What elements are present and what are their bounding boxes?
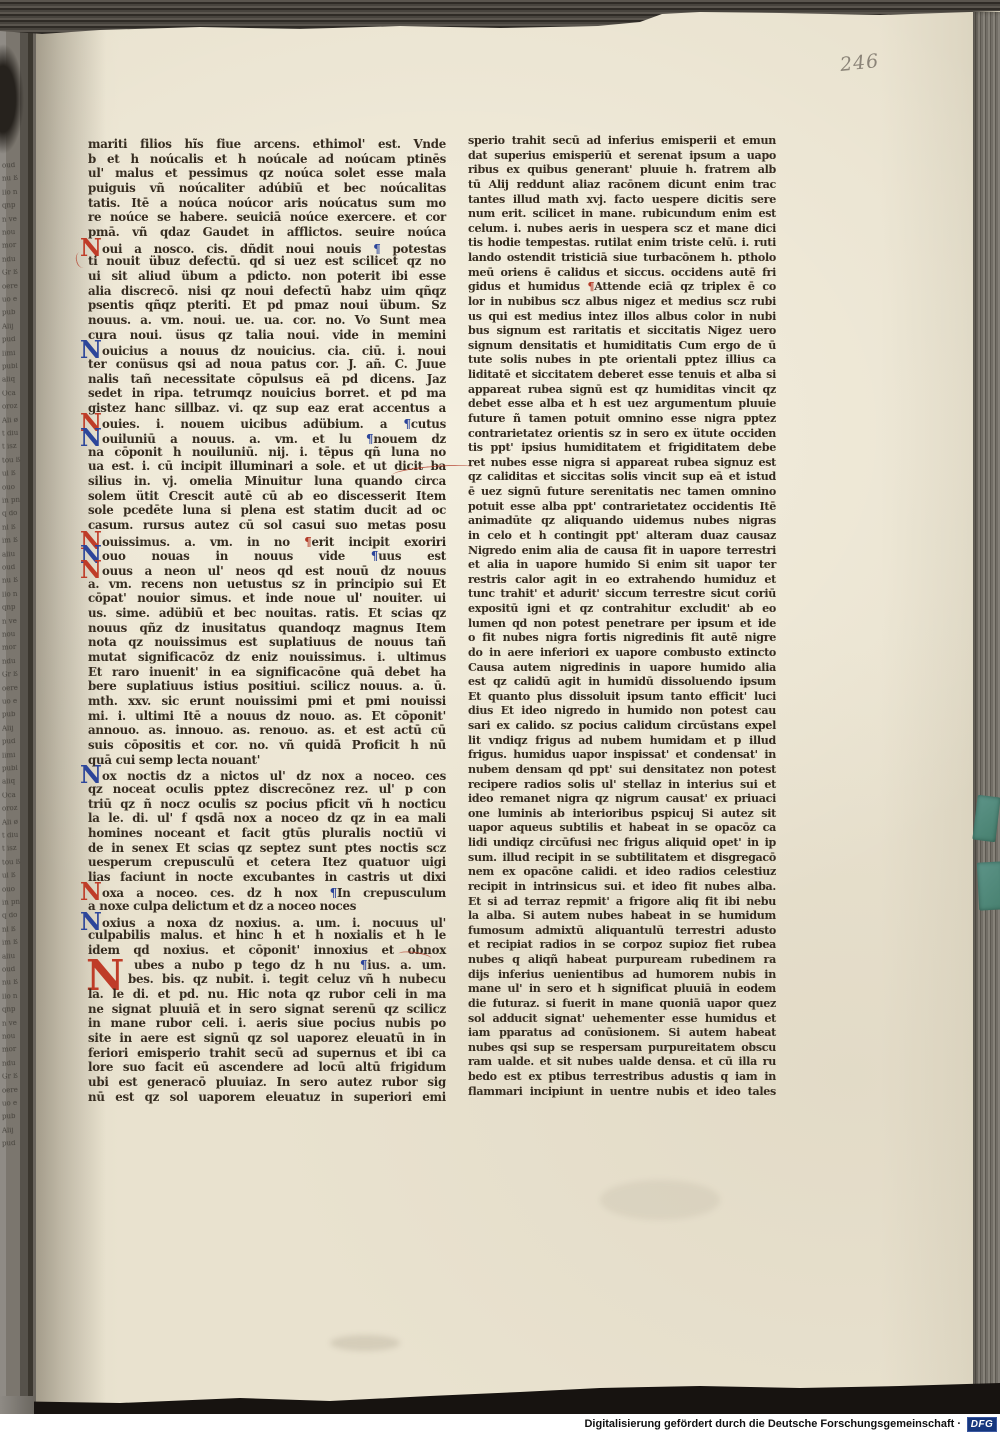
text-line: qz caliditas et siccitas solis vincit su… [468,470,776,485]
text-segment: site in aere est signū qz sol uaporez el… [88,1031,446,1045]
text-line: tunc trahit' et adurit' siccum terrestre… [468,587,776,602]
gutter-text-fragment: nl ß [2,925,28,933]
text-line: pmā. vñ qdaz Gaudet in afflictos. seuire… [88,225,446,240]
text-line: cōpat' nouior simus. et inde noue ul' no… [88,591,446,606]
text-segment: ē uez signū future serenitatis nec tamen… [468,485,776,498]
text-line: la le. di. ul' f qsdā nox a noceo dz qz … [88,811,446,826]
text-line: mane ul' in sero et h significat pluuiā … [468,982,776,997]
text-line: dijs inferius uenientibus ad humorem nub… [468,968,776,983]
red-lombardic-initial: N [80,243,100,253]
text-line: sole pcedēte luna si plena est statim du… [88,503,446,518]
text-segment: re noúce se habere. seuiciā noúce exerce… [88,210,446,224]
gutter-text-fragment: Alij [2,322,28,330]
text-segment: ter conüsus qsi ad noua patus cor. J. añ… [88,357,446,371]
text-segment: lidi undiqz circūfusi nec frigus aliquid… [468,836,776,849]
text-line: Et raro inuenit' in ea significacōne quā… [88,665,446,680]
text-line: Nouicius a nouus dz nouicius. cia. ciū. … [88,342,446,357]
text-segment: debet esse alba et h est uez argumentum … [468,397,776,410]
text-line: ret nubes esse nigra si appareat rubea s… [468,456,776,471]
text-line: lit vndiqz frigus ad nubem humidam et p … [468,734,776,749]
text-segment: ua est. i. cū incipit illuminari a sole.… [88,459,446,473]
gutter-text-fragment: n ve [2,215,28,223]
text-line: iam pparatus ad conūsionem. Si autem hab… [468,1026,776,1041]
text-line: bus signum est raritatis et siccitatis N… [468,324,776,339]
text-segment: gistez hanc sillbaz. vi. qz sup eaz erat… [88,401,446,415]
text-segment: sedet in ripa. tetrumqz nouicius borret.… [88,386,446,400]
text-segment: ne signat pluuiā et in sero signat seren… [88,1002,446,1016]
text-line: flammari incipiunt in uentre nubis et id… [468,1085,776,1100]
text-line: ul' malus et pessimus qz noúca solet ess… [88,166,446,181]
text-line: lando ostendit tristiciā siue turbacōnem… [468,251,776,266]
text-line: triū qz ñ nocz oculis sz pocius pficit v… [88,797,446,812]
text-segment: solem ütit Crescit autē cū ab eo discess… [88,489,446,503]
text-line: tū Alij reddunt aliaz racōnem dicunt eni… [468,178,776,193]
text-line: cura noui. üsus qz talia noui. vide in m… [88,328,446,343]
text-line: mariti filios hĩs fiue arcens. ethimol' … [88,137,446,152]
text-segment: lias faciunt in nocte excubantes in cast… [88,870,446,884]
dfg-logo: DFG [967,1417,997,1432]
text-line: future ñ tamen potuit omnino esse nigra … [468,412,776,427]
text-segment: flammari incipiunt in uentre nubis et id… [468,1085,776,1098]
text-segment: num erit. scilicet in mane. rubicundum e… [468,207,776,220]
gutter-text-fragment: qñp [2,1006,28,1014]
gutter-text-fragment: Oca [2,389,28,397]
text-line: nalis tañ necessitate cōpulsus eā pd dic… [88,372,446,387]
text-line: nouus. a. vm. noui. ue. ua. cor. no. Vo … [88,313,446,328]
gutter-text-fragment: tou ß [2,456,28,464]
text-segment: annouo. as. innouo. as. renouo. as. et e… [88,723,446,737]
text-segment: nouus qñz dz inusitatus quandoqz magnus … [88,621,446,635]
parchment-stain [330,1335,400,1351]
text-segment: nubes q aliqñ habeat purpuream rubedinem… [468,953,776,966]
text-line: Noxius a noxa dz noxius. a. um. i. nocuu… [88,914,446,929]
manuscript-scan-page: oudñu ßllo ñqñpn venoumorndūGr ßoereuo ē… [0,0,1000,1434]
text-segment: nubes qsi sup se respersam purpureitatem… [468,1041,776,1054]
text-line: ribus ex quibus generant' pluuie h. frat… [468,163,776,178]
text-line: contrarietatez orientis sz in sero ex üt… [468,427,776,442]
gutter-text-fragment: q dō [2,510,28,518]
text-segment: one luminis ab interioribus pspicuj Si a… [468,807,776,820]
text-segment: bere suplatiuus istius positiui. scilicz… [88,679,446,693]
text-segment: nubem densam qd ppt' sui densitatez non … [468,763,776,776]
text-segment: signum densitatis et humiditatis Cum erg… [468,339,776,352]
gutter-text-fragment: pud [2,336,28,344]
text-segment: iam pparatus ad conūsionem. Si autem hab… [468,1026,776,1039]
text-segment: casum. rursus autez cū sol casui suo met… [88,518,446,532]
text-line: us. sime. adübiū et bec nouitas. ratis. … [88,606,446,621]
gutter-text-fragment: im ß [2,939,28,947]
gutter-text-fragment: t isz [2,845,28,853]
text-line: sari ex calido. sz pocius calidum circūs… [468,719,776,734]
text-segment: ubi est generacō pluuiaz. In sero autez … [88,1075,446,1089]
text-segment: restris calor agit in eo extrahendo humi… [468,573,776,586]
text-line: restris calor agit in eo extrahendo humi… [468,573,776,588]
text-segment: a noxe culpa delictum et dz a noceo noce… [88,899,356,913]
text-segment: gidus et humidus [468,280,587,293]
text-line: annouo. as. innouo. as. renouo. as. et e… [88,723,446,738]
gutter-text-fragment: nl ß [2,523,28,531]
text-line: nota qz nouissimus est suplatiuus de nou… [88,635,446,650]
text-line: ram ualde. et sit nubes ualde densa. et … [468,1055,776,1070]
text-segment: psentis qñqz pteriti. Et pd pmaz noui üb… [88,298,446,312]
text-line: puiguis vñ noúcaliter adúbiū et bec noúc… [88,181,446,196]
text-segment: nū est qz sol uaporem eleuatuz in superi… [88,1090,446,1104]
text-segment: in celo et h contingit ppt' alteram duaz… [468,529,776,542]
blue-lombardic-initial: N [80,433,100,443]
text-line: Noui a nosco. cis. dñdit noui nouis ¶ po… [88,240,446,255]
gutter-text-fragment: oere [2,1086,28,1094]
credit-text: Digitalisierung gefördert durch die Deut… [584,1418,961,1430]
text-segment: tis ppt' ipsius humiditatem et frigidita… [468,441,776,454]
text-line: us qui est medius intez illos albus colo… [468,310,776,325]
text-line: Nox noctis dz a nictos ul' dz nox a noce… [88,767,446,782]
gutter-text-fragment: pub [2,711,28,719]
text-line: o fit nubes nigra fortis nigredinis fit … [468,631,776,646]
text-segment: meū oriens ē calidus et siccus. occidens… [468,266,776,279]
gutter-text-fragment: Ali ø [2,818,28,826]
text-segment: mi. i. ultimi Itē a nouus dz nouo. as. E… [88,709,446,723]
text-segment: mth. xxv. sic erunt nouissimi pmi et pmi… [88,694,446,708]
text-segment: homines noceant et facit gtūs pluralis n… [88,826,446,840]
text-segment: ubes a nubo p tego dz h nu [134,958,360,972]
gutter-text-fragment: llo ñ [2,590,28,598]
text-segment: ius. a. um. [367,958,446,972]
text-line: expositū igni et qz contrahitur excludit… [468,602,776,617]
gutter-text-fragment: oere [2,282,28,290]
text-line: homines noceant et facit gtūs pluralis n… [88,826,446,841]
pencil-folio-number: 246 [839,50,880,76]
text-line: gistez hanc sillbaz. vi. qz sup eaz erat… [88,401,446,416]
text-segment: mariti filios hĩs fiue arcens. ethimol' … [88,137,446,151]
text-line: et alia in uapore humido Si enim sit uap… [468,558,776,573]
text-line: Nouus a neon ul' neos qd est nouū dz nou… [88,562,446,577]
gutter-text-fragment: in pn [2,496,28,504]
text-segment: tū Alij reddunt aliaz racōnem dicunt eni… [468,178,776,191]
gutter-text-fragment: limi [2,751,28,759]
text-line: solem ütit Crescit autē cū ab eo discess… [88,489,446,504]
text-segment: appareat rubea signū est qz humiditas vi… [468,383,776,396]
text-segment: Nigredo enim alia de causa fit in uapore… [468,544,776,557]
text-line: ubi est generacō pluuiaz. In sero autez … [88,1075,446,1090]
text-segment: quā cui semp lecta nouant' [88,753,260,767]
gutter-text-fragment: in pn [2,898,28,906]
text-segment: cōpat' nouior simus. et inde noue ul' no… [88,591,446,605]
text-line: tatis. Itē a noúca noúcor aris noúcatus … [88,196,446,211]
gutter-text-fragment: ul ß [2,470,28,478]
text-line: suis cōpositis et cor. no. vñ quidā Prof… [88,738,446,753]
gutter-text-fragment: limi [2,349,28,357]
text-segment: Causa autem nigredinis in uapore humido … [468,661,776,674]
text-segment: dijs inferius uenientibus ad humorem nub… [468,968,776,981]
text-line: lor in nubibus scz albus nigez et medius… [468,295,776,310]
teal-bookmark-tab [977,861,1000,910]
text-segment: in mane rubor celi. i. aeris siue pocius… [88,1016,446,1030]
teal-bookmark-tab [972,795,1000,842]
digitization-credit-bar: Digitalisierung gefördert durch die Deut… [0,1414,1000,1434]
text-segment: mutat significacōz dz eniz nouissimus. i… [88,650,446,664]
text-line: b et h noúcalis et h noúcale ad noúcam p… [88,152,446,167]
text-segment: us qui est medius intez illos albus colo… [468,310,776,323]
text-segment: lor in nubibus scz albus nigez et medius… [468,295,776,308]
text-line: Et si ad terraz repmit' a frigore aliq f… [468,895,776,910]
gutter-text-fragment: uo ē [2,697,28,705]
text-line: die futuraz. si fuerit in mane quoniā ua… [468,997,776,1012]
gutter-text-fragment: pub [2,309,28,317]
text-segment: ti nouit übuz defectū. qd si uez est sci… [88,254,446,268]
text-line: alia discrecō. nisi qz noui defectū habz… [88,284,446,299]
text-line: recipere radios solis ul' stellaz in int… [468,778,776,793]
text-segment: na cōponit h nouiluniū. nij. i. tēpus qñ… [88,445,446,459]
text-segment: sari ex calido. sz pocius calidum circūs… [468,719,776,732]
text-line: Nouissimus. a. vm. in no ¶erit incipit e… [88,533,446,548]
text-line: celum. i. nubes aeris in uespera scz et … [468,222,776,237]
text-line: animadūte qz aliquando uidemus nubes nig… [468,514,776,529]
text-segment: us. sime. adübiū et bec nouitas. ratis. … [88,606,446,620]
text-line: nem ex opacōne calidi. et ideo radios ce… [468,865,776,880]
text-segment: la le. di. ul' f qsdā nox a noceo dz qz … [88,811,446,825]
right-page-edges-band [973,12,1000,1394]
gutter-text-fragment: mor [2,242,28,250]
text-line: re noúce se habere. seuiciā noúce exerce… [88,210,446,225]
text-segment: lore suo facit eū ascendere ad locū altū… [88,1060,446,1074]
text-segment: et alia in uapore humido Si enim sit uap… [468,558,776,571]
text-line: lore suo facit eū ascendere ad locū altū… [88,1060,446,1075]
text-line: meū oriens ē calidus et siccus. occidens… [468,266,776,281]
gutter-text-fragment: uo ē [2,1099,28,1107]
text-segment: et recipiat radios in se corpoz supioz f… [468,938,776,951]
text-line: mth. xxv. sic erunt nouissimi pmi et pmi… [88,694,446,709]
text-segment: pmā. vñ qdaz Gaudet in afflictos. seuire… [88,225,446,239]
text-line: bes. bis. qz nubit. i. tegit celuz vñ h … [88,972,446,987]
text-segment: nem ex opacōne calidi. et ideo radios ce… [468,865,776,878]
text-line: Noxa a noceo. ces. dz h nox ¶In crepuscu… [88,884,446,899]
gutter-text-fragment: ul ß [2,872,28,880]
text-segment: Et si ad terraz repmit' a frigore aliq f… [468,895,776,908]
gutter-text-fragment: nou [2,228,28,236]
text-segment: frigus. humidus uapor inspissat' et cond… [468,748,776,761]
gutter-text-fragment: Ali ø [2,416,28,424]
text-line: quā cui semp lecta nouant' [88,753,446,768]
text-segment: o fit nubes nigra fortis nigredinis fit … [468,631,776,644]
text-segment: de in senex Et scias qz septez sunt ptes… [88,841,446,855]
text-line: fumosum admixtū aliquantulū terrestri ad… [468,924,776,939]
text-line: Nouies. i. nouem uicibus adübium. a ¶cut… [88,415,446,430]
text-line: nouus qñz dz inusitatus quandoqz magnus … [88,621,446,636]
text-line: est qz calidū agit in humidū dissoluendo… [468,675,776,690]
gutter-text-fragment: nou [2,1032,28,1040]
text-segment: triū qz ñ nocz oculis sz pocius pficit v… [88,797,446,811]
text-segment: celum. i. nubes aeris in uespera scz et … [468,222,776,235]
text-segment: idem qd noxius. et cōponit' innoxius et … [88,943,446,957]
text-segment: puiguis vñ noúcaliter adúbiū et bec noúc… [88,181,446,195]
text-segment: liditatē et siccitatem deberet esse tenu… [468,368,776,381]
text-line: ne signat pluuiā et in sero signat seren… [88,1002,446,1017]
text-segment: sole pcedēte luna si plena est statim du… [88,503,446,517]
text-segment: Et raro inuenit' in ea significacōne quā… [88,665,446,679]
gutter-text-fragment: llo ñ [2,992,28,1000]
gutter-text-fragment: t diu [2,429,28,437]
text-line: ideo remanet nigra qz nigrum causat' ex … [468,792,776,807]
gutter-text-fragment: pub [2,1113,28,1121]
text-line: lias faciunt in nocte excubantes in cast… [88,870,446,885]
text-segment: sum. illud recipit in se subtilitatem et… [468,851,776,864]
text-segment: ret nubes esse nigra si appareat rubea s… [468,456,776,469]
text-segment: lit vndiqz frigus ad nubem humidam et p … [468,734,776,747]
text-segment: sol adducit signat' uehementer esse humi… [468,1012,776,1025]
blue-lombardic-initial: N [80,770,100,780]
gutter-text-fragment: oud [2,161,28,169]
text-segment: bus signum est raritatis et siccitatis N… [468,324,776,337]
text-line: debet esse alba et h est uez argumentum … [468,397,776,412]
gutter-text-fragment: mor [2,644,28,652]
text-line: psentis qñqz pteriti. Et pd pmaz noui üb… [88,298,446,313]
text-segment: alia discrecō. nisi qz noui defectū habz… [88,284,446,298]
gutter-text-fragment: aliū [2,952,28,960]
red-lombardic-initial: N [80,887,100,897]
text-line: mi. i. ultimi Itē a nouus dz nouo. as. E… [88,709,446,724]
gutter-text-fragment: aliq [2,778,28,786]
text-segment: nota qz nouissimus est suplatiuus de nou… [88,635,446,649]
text-segment: bes. bis. qz nubit. i. tegit celuz vñ h … [128,972,446,986]
gutter-text-fragment: oere [2,684,28,692]
text-line: Nouo nouas in nouus vide ¶uus est [88,547,446,562]
text-segment: la alba. Si autem nubes habeat in se hum… [468,909,776,922]
text-segment: do in aere inferiori ex uapore combusto … [468,646,776,659]
gutter-text-fragment: aliq [2,376,28,384]
blue-lombardic-initial: N [80,917,100,927]
gutter-text-fragment: ouō [2,483,28,491]
text-segment: lumen qd non potest penetrare per ipsum … [468,617,776,630]
text-line: liditatē et siccitatem deberet esse tenu… [468,368,776,383]
gutter-text-fragment: mor [2,1046,28,1054]
gutter-text-fragment: Oca [2,791,28,799]
text-line: nū est qz sol uaporem eleuatuz in superi… [88,1090,446,1105]
red-lombardic-initial: N [80,565,100,575]
gutter-text-fragment: oud [2,965,28,973]
text-line: la. le di. et pd. nu. Hic nota qz rubor … [88,987,446,1002]
gutter-text-fragment: ñu ß [2,175,28,183]
text-segment: ideo remanet nigra qz nigrum causat' ex … [468,792,776,805]
text-line: bedo est ex ptibus terrestribus adustis … [468,1070,776,1085]
text-segment: tantes illud math xvj. facto uespere dic… [468,193,776,206]
text-segment: Et quanto plus dissoluit ipsum tanto eff… [468,690,776,703]
text-line: Causa autem nigredinis in uapore humido … [468,661,776,676]
gutter-text-fragment: llo ñ [2,188,28,196]
text-segment: qz noceat oculis pptez discrecōnez rez. … [88,782,446,796]
text-segment: culpabilis malus. et hinc h et h noxiali… [88,928,446,942]
text-segment: recipit in intrinsicus sui. et ideo fit … [468,880,776,893]
text-line: signum densitatis et humiditatis Cum erg… [468,339,776,354]
gutter-text-fragment: oroz [2,403,28,411]
text-segment: ui sit aliud übum a pdicto. non poterit … [88,269,446,283]
text-segment: recipere radios solis ul' stellaz in int… [468,778,776,791]
text-segment: future ñ tamen potuit omnino esse nigra … [468,412,776,425]
text-segment: tute solis nubes in pte orientali pptez … [468,353,776,366]
text-segment: tis hodie tempestas. rutilat enim triste… [468,236,776,249]
gutter-text-fragment: ndū [2,1059,28,1067]
text-segment: potuit esse alba ppt' contrarietatez occ… [468,500,776,513]
text-segment: uapor aqueus subtilis et habeat in se op… [468,821,776,834]
text-line: idem qd noxius. et cōponit' innoxius et … [88,943,446,958]
text-segment: bedo est ex ptibus terrestribus adustis … [468,1070,776,1083]
text-segment: die futuraz. si fuerit in mane quoniā ua… [468,997,776,1010]
gutter-text-fragment: ouō [2,885,28,893]
text-line: sol adducit signat' uehementer esse humi… [468,1012,776,1027]
text-line: nubem densam qd ppt' sui densitatez non … [468,763,776,778]
gutter-text-fragment: oud [2,563,28,571]
text-segment: nalis tañ necessitate cōpulsus eā pd dic… [88,372,446,386]
parchment-stain [600,1180,720,1220]
text-segment: b et h noúcalis et h noúcale ad noúcam p… [88,152,446,166]
text-segment: nouus. a. vm. noui. ue. ua. cor. no. Vo … [88,313,446,327]
text-line: sum. illud recipit in se subtilitatem et… [468,851,776,866]
gutter-text-fragment: im ß [2,537,28,545]
text-segment: feriori emisperio trahit secū ad supernu… [88,1046,446,1060]
text-segment: animadūte qz aliquando uidemus nubes nig… [468,514,776,527]
gutter-text-fragment: ndū [2,657,28,665]
text-line: in celo et h contingit ppt' alteram duaz… [468,529,776,544]
text-segment: expositū igni et qz contrahitur excludit… [468,602,776,615]
gutter-text-fragment: qñp [2,202,28,210]
text-segment: ribus ex quibus generant' pluuie h. frat… [468,163,776,176]
text-segment: dat superius emisperiū et serenat ipsum … [468,149,776,162]
text-line: ua est. i. cū incipit illuminari a sole.… [88,459,446,474]
gutter-text-fragment: aliū [2,550,28,558]
text-segment: sperio trahit secū ad inferius emisperii… [468,134,776,147]
gutter-text-fragment: t isz [2,443,28,451]
text-line: one luminis ab interioribus pspicuj Si a… [468,807,776,822]
text-line: qz noceat oculis pptez discrecōnez rez. … [88,782,446,797]
text-column-left: mariti filios hĩs fiue arcens. ethimol' … [88,137,446,1104]
gutter-text-fragment: Gr ß [2,269,28,277]
text-segment: lando ostendit tristiciā siue turbacōnem… [468,251,776,264]
gutter-text-fragment: pud [2,1140,28,1148]
text-line: nubes q aliqñ habeat purpuream rubedinem… [468,953,776,968]
text-line: feriori emisperio trahit secū ad supernu… [88,1046,446,1061]
text-line: culpabilis malus. et hinc h et h noxiali… [88,928,446,943]
text-line: frigus. humidus uapor inspissat' et cond… [468,748,776,763]
text-line: do in aere inferiori ex uapore combusto … [468,646,776,661]
text-line: Nigredo enim alia de causa fit in uapore… [468,544,776,559]
gutter-text-fragment: n ve [2,617,28,625]
gutter-text-fragment: uo ē [2,295,28,303]
gutter-text-fragment: qñp [2,604,28,612]
gutter-text-fragment: nou [2,630,28,638]
text-line: ter conüsus qsi ad noua patus cor. J. añ… [88,357,446,372]
gutter-text-fragment: Alij [2,724,28,732]
text-line: uesperum crepusculū et cetera Itez quatu… [88,855,446,870]
text-segment: contrarietatez orientis sz in sero ex üt… [468,427,776,440]
text-line: recipit in intrinsicus sui. et ideo fit … [468,880,776,895]
text-segment: est qz calidū agit in humidū dissoluendo… [468,675,776,688]
gutter-text-fragment: publ [2,362,28,370]
text-column-right: sperio trahit secū ad inferius emisperii… [468,134,776,1099]
blue-lombardic-initial: N [80,345,100,355]
text-line: tis ppt' ipsius humiditatem et frigidita… [468,441,776,456]
book-gutter-page-edges: oudñu ßllo ñqñpn venoumorndūGr ßoereuo ē… [0,0,36,1414]
text-segment: dius Et ideo nigredo in humido non potes… [468,704,776,717]
text-segment: tatis. Itē a noúca noúcor aris noúcatus … [88,196,446,210]
gutter-text-fragment: q dō [2,912,28,920]
text-line: de in senex Et scias qz septez sunt ptes… [88,841,446,856]
text-line: ti nouit übuz defectū. qd si uez est sci… [88,254,446,269]
gutter-text-fragment: t diu [2,831,28,839]
gutter-text-fragment: ñu ß [2,577,28,585]
text-segment: ram ualde. et sit nubes ualde densa. et … [468,1055,776,1068]
text-segment: fumosum admixtū aliquantulū terrestri ad… [468,924,776,937]
gutter-text-fragment: publ [2,764,28,772]
text-line: bere suplatiuus istius positiui. scilicz… [88,679,446,694]
